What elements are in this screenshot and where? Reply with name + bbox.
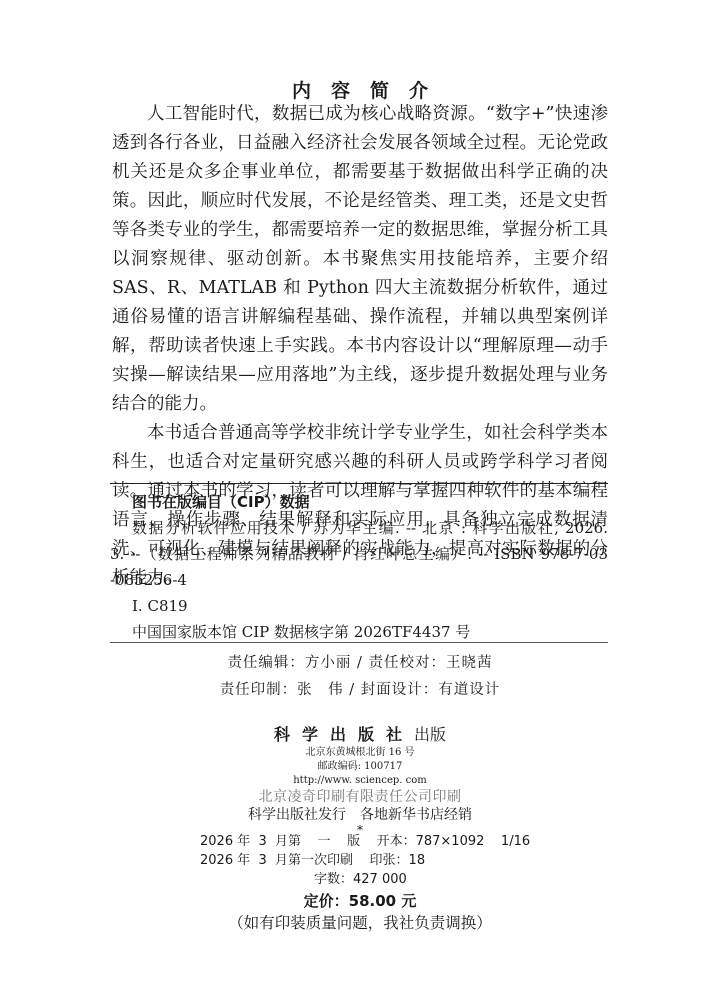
publisher-address: 北京东黄城根北街 16 号 (0, 746, 720, 760)
credits-production: 责任印制：张 伟 / 封面设计：有道设计 (0, 677, 720, 704)
cip-classification: Ⅰ. C819 (110, 593, 608, 619)
price: 定价：58.00 元 (0, 890, 720, 912)
distribution: 科学出版社发行 各地新华书店经销 (0, 806, 720, 824)
edition-info: 2026 年 3 月第 一 版 开本：787×1092 1/16 (200, 832, 540, 851)
publisher-logo-text: 科学出版社 (274, 725, 414, 744)
credits-editors: 责任编辑：方小丽 / 责任校对：王晓茜 (0, 650, 720, 677)
publication-specs: 2026 年 3 月第 一 版 开本：787×1092 1/16 2026 年 … (200, 832, 540, 889)
printing-info: 2026 年 3 月第一次印刷 印张：18 (200, 851, 540, 870)
printer: 北京凌奇印刷有限责任公司印刷 (0, 788, 720, 806)
publisher-postcode: 邮政编码: 100717 (0, 760, 720, 774)
cip-record-number: 中国国家版本馆 CIP 数据核字第 2026TF4437 号 (110, 619, 608, 645)
quality-notice: （如有印装质量问题，我社负责调换） (0, 912, 720, 934)
publisher-website: http://www. sciencep. com (0, 774, 720, 788)
publisher-line: 科学出版社出版 (0, 724, 720, 746)
credits: 责任编辑：方小丽 / 责任校对：王晓茜 责任印制：张 伟 / 封面设计：有道设计 (0, 650, 720, 704)
word-count: 字数：427 000 (200, 870, 540, 889)
page-title: 内容简介 (0, 76, 720, 103)
cip-entry-line: 数据分析软件应用技术 / 苏为华主编. -- 北京 : 科学出版社, 2026. (110, 515, 608, 541)
cip-data-block: 图书在版编目（CIP）数据 数据分析软件应用技术 / 苏为华主编. -- 北京 … (110, 483, 608, 643)
cip-entry-line: -085256-4 (110, 567, 608, 593)
imprint: 科学出版社出版 北京东黄城根北街 16 号 邮政编码: 100717 http:… (0, 724, 720, 836)
publisher-suffix: 出版 (414, 725, 446, 744)
cip-heading: 图书在版编目（CIP）数据 (110, 489, 608, 515)
cip-entry-line: 3. --（数据工程师系列精品教材 / 肖红叶总主编）. -- ISBN 978… (110, 541, 608, 567)
intro-paragraph: 人工智能时代，数据已成为核心战略资源。“数字+”快速渗透到各行各业，日益融入经济… (112, 100, 608, 419)
cip-entry: 数据分析软件应用技术 / 苏为华主编. -- 北京 : 科学出版社, 2026.… (110, 515, 608, 593)
